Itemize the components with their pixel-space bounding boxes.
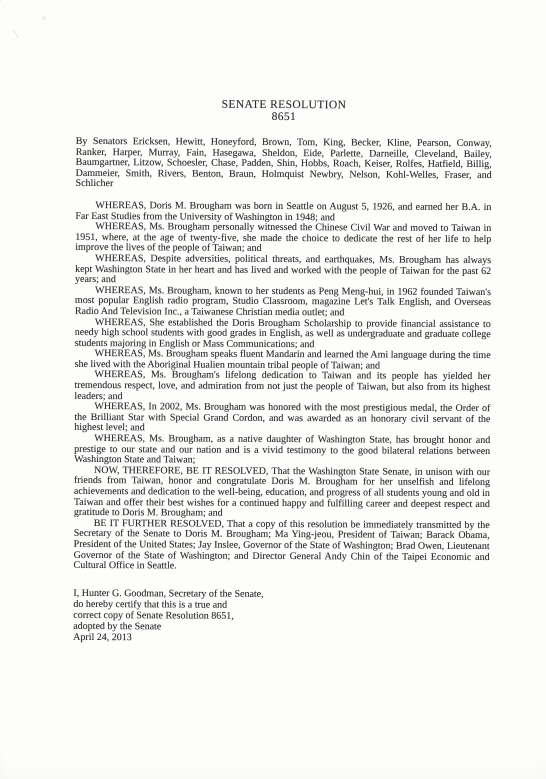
whereas-clause-7: WHEREAS, Ms. Brougham's lifelong dedicat… (74, 370, 490, 404)
scan-noise-speck (0, 0, 1, 1)
whereas-clause-8: WHEREAS, In 2002, Ms. Brougham was honor… (74, 402, 490, 436)
pencil-mark-icon: ∖ (11, 29, 21, 40)
certification-block: I, Hunter G. Goodman, Secretary of the S… (73, 588, 489, 645)
whereas-clause-4: WHEREAS, Ms. Brougham, known to her stud… (75, 286, 491, 320)
further-resolved-clause: BE IT FURTHER RESOLVED, That a copy of t… (74, 519, 490, 574)
scanned-document-page: × ∖ SENATE RESOLUTION 8651 By Senators E… (0, 0, 546, 779)
whereas-clause-2: WHEREAS, Ms. Brougham personally witness… (75, 222, 491, 256)
whereas-clause-9: WHEREAS, Ms. Brougham, as a native daugh… (74, 434, 490, 468)
sponsor-list: By Senators Ericksen, Hewitt, Honeyford,… (76, 137, 492, 192)
resolution-number: 8651 (76, 110, 492, 124)
certification-date: April 24, 2013 (73, 632, 489, 645)
resolution-body: WHEREAS, Doris M. Brougham was born in S… (74, 201, 492, 574)
document-title: SENATE RESOLUTION 8651 (76, 98, 492, 124)
whereas-clause-3: WHEREAS, Despite adversities, political … (75, 254, 491, 288)
whereas-clause-5: WHEREAS, She established the Doris Broug… (75, 317, 491, 351)
pencil-mark-icon: × (39, 14, 48, 24)
resolved-clause: NOW, THEREFORE, BE IT RESOLVED, That the… (74, 466, 490, 521)
resolution-content: SENATE RESOLUTION 8651 By Senators Erick… (73, 98, 492, 645)
